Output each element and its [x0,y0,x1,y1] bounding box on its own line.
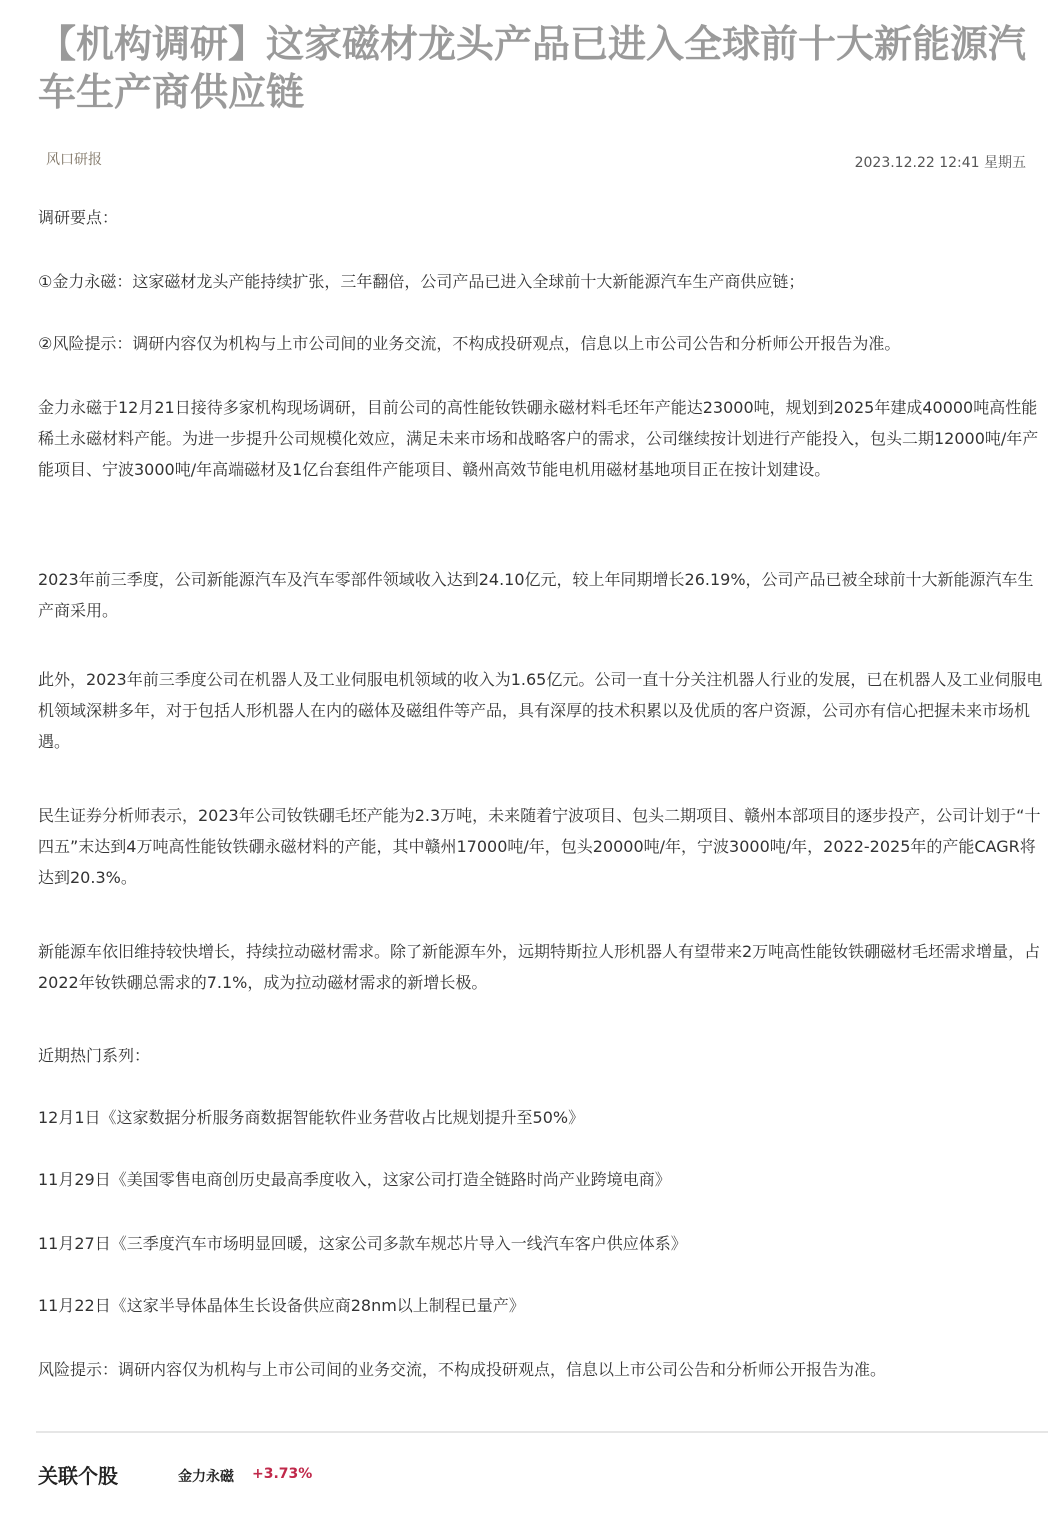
paragraph-capacity: 金力永磁于12月21日接待多家机构现场调研，目前公司的高性能钕铁硼永磁材料毛坯年… [38,392,1048,485]
hot-series-link[interactable]: 12月1日《这家数据分析服务商数据智能软件业务营收占比规划提升至50%》 [38,1102,1048,1133]
paragraph-nev-revenue: 2023年前三季度，公司新能源汽车及汽车零部件领域收入达到24.10亿元，较上年… [38,564,1048,626]
article-source[interactable]: 风口研报 [46,149,102,169]
paragraph-demand: 新能源车依旧维持较快增长，持续拉动磁材需求。除了新能源车外，远期特斯拉人形机器人… [38,936,1048,998]
hot-series-link[interactable]: 11月22日《这家半导体晶体生长设备供应商28nm以上制程已量产》 [38,1290,1048,1321]
key-point-1: ①金力永磁：这家磁材龙头产能持续扩张，三年翻倍，公司产品已进入全球前十大新能源汽… [38,266,1048,297]
hot-series-heading: 近期热门系列： [38,1040,1048,1071]
related-stock-name[interactable]: 金力永磁 [178,1466,234,1486]
paragraph-robotics: 此外，2023年前三季度公司在机器人及工业伺服电机领域的收入为1.65亿元。公司… [38,664,1048,757]
article-datetime: 2023.12.22 12:41 星期五 [855,152,1026,172]
related-stock-change: +3.73% [252,1466,312,1482]
article-title: 【机构调研】这家磁材龙头产品已进入全球前十大新能源汽车生产商供应链 [38,20,1048,116]
hot-series-link[interactable]: 11月29日《美国零售电商创历史最高季度收入，这家公司打造全链路时尚产业跨境电商… [38,1164,1048,1195]
paragraph-analyst: 民生证券分析师表示，2023年公司钕铁硼毛坯产能为2.3万吨，未来随着宁波项目、… [38,800,1048,893]
section-divider [36,1431,1048,1433]
hot-series-link[interactable]: 11月27日《三季度汽车市场明显回暖，这家公司多款车规芯片导入一线汽车客户供应体… [38,1228,1048,1259]
risk-notice: 风险提示：调研内容仅为机构与上市公司间的业务交流，不构成投研观点，信息以上市公司… [38,1354,1048,1385]
article-page: 【机构调研】这家磁材龙头产品已进入全球前十大新能源汽车生产商供应链 风口研报 2… [0,0,1062,1520]
key-point-2: ②风险提示：调研内容仅为机构与上市公司间的业务交流，不构成投研观点，信息以上市公… [38,328,1048,359]
key-points-heading: 调研要点： [38,202,1048,233]
related-stocks-label: 关联个股 [38,1460,118,1489]
